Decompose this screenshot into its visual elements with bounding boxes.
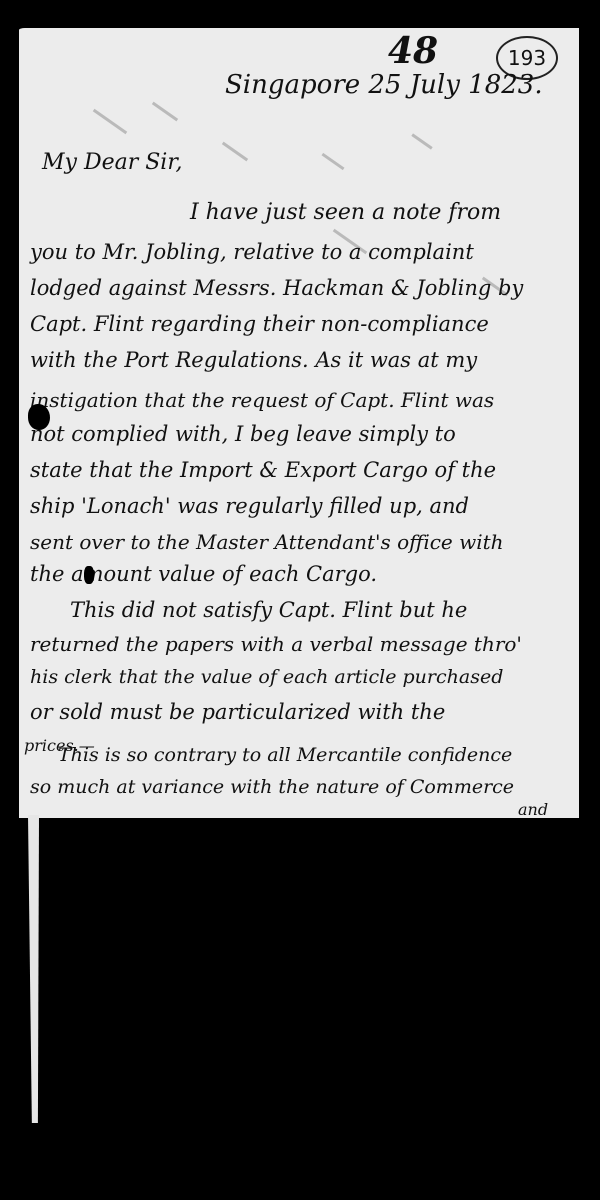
letter-line: state that the Import & Export Cargo of …: [30, 458, 496, 482]
ink-blot: [28, 404, 50, 430]
dateline: Singapore 25 July 1823.: [225, 70, 543, 100]
ink-blot: [84, 566, 94, 584]
letter-line: the amount value of each Cargo.: [30, 562, 377, 586]
letter-line: you to Mr. Jobling, relative to a compla…: [30, 240, 474, 264]
salutation: My Dear Sir,: [42, 150, 182, 175]
letter-line: lodged against Messrs. Hackman & Jobling…: [30, 276, 523, 300]
letter-line: ship 'Lonach' was regularly filled up, a…: [30, 494, 469, 518]
letter-line: or sold must be particularized with the: [30, 700, 445, 724]
archive-stamp-number: 193: [508, 46, 546, 70]
letter-line: Capt. Flint regarding their non-complian…: [30, 312, 489, 336]
letter-line: returned the papers with a verbal messag…: [30, 632, 522, 656]
letter-line: This is so contrary to all Mercantile co…: [58, 744, 512, 766]
letter-line: This did not satisfy Capt. Flint but he: [70, 598, 467, 622]
folio-number: 48: [388, 30, 438, 72]
catchword: and: [518, 800, 548, 819]
letter-line: not complied with, I beg leave simply to: [30, 422, 456, 446]
letter-line: with the Port Regulations. As it was at …: [30, 348, 477, 372]
letter-line: sent over to the Master Attendant's offi…: [30, 530, 504, 554]
letter-line: so much at variance with the nature of C…: [30, 776, 514, 798]
page-edge-strip: [28, 815, 39, 1123]
letter-line: I have just seen a note from: [190, 200, 501, 225]
letter-line: his clerk that the value of each article…: [30, 666, 503, 688]
letter-line: instigation that the request of Capt. Fl…: [30, 388, 494, 412]
